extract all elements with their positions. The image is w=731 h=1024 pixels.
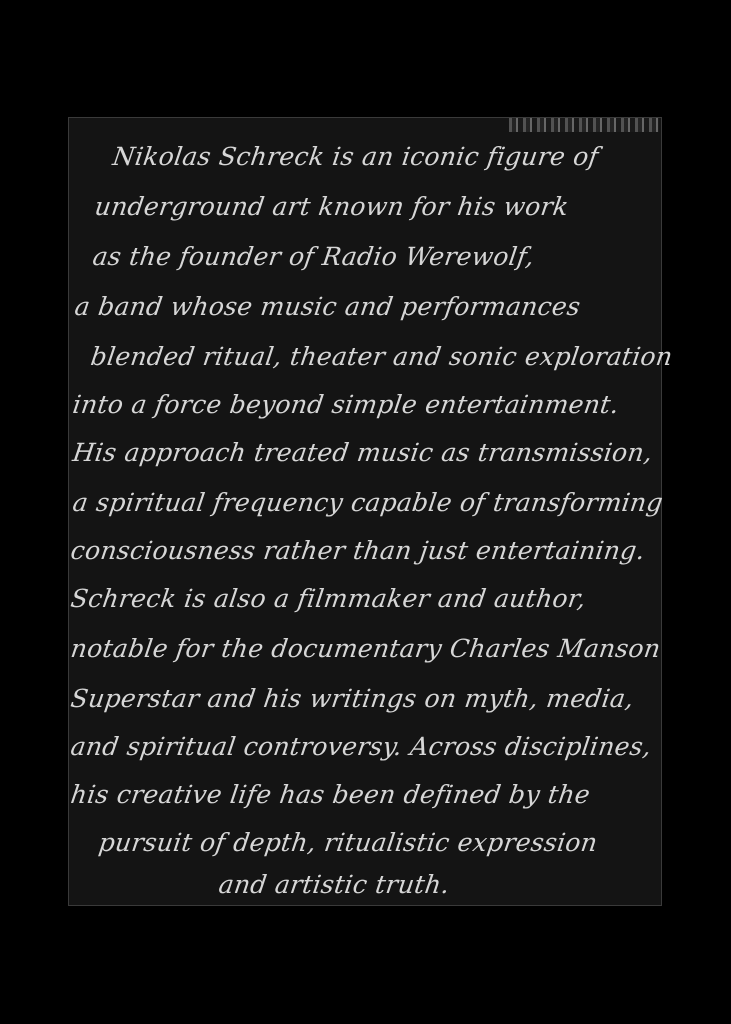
text-line: a spiritual frequency capable of transfo… — [71, 488, 665, 517]
text-line: notable for the documentary Charles Mans… — [69, 634, 663, 663]
text-line: a band whose music and performances — [73, 292, 582, 321]
text-line: and spiritual controversy. Across discip… — [69, 732, 653, 761]
handwritten-page: Nikolas Schreck is an iconic figure of u… — [68, 117, 662, 906]
text-line: consciousness rather than just entertain… — [69, 536, 647, 565]
text-line: Nikolas Schreck is an iconic figure of — [111, 142, 600, 171]
text-line: as the founder of Radio Werewolf, — [91, 242, 536, 271]
ink-smudge — [509, 118, 659, 132]
text-line: underground art known for his work — [93, 192, 571, 221]
text-line: His approach treated music as transmissi… — [71, 438, 654, 467]
text-line: his creative life has been defined by th… — [69, 780, 592, 809]
text-line: Superstar and his writings on myth, medi… — [69, 684, 636, 713]
text-line: and artistic truth. — [217, 870, 452, 899]
text-line: blended ritual, theater and sonic explor… — [89, 342, 675, 371]
text-line: into a force beyond simple entertainment… — [71, 390, 621, 419]
text-line: Schreck is also a filmmaker and author, — [69, 584, 588, 613]
text-line: pursuit of depth, ritualistic expression — [97, 828, 599, 857]
